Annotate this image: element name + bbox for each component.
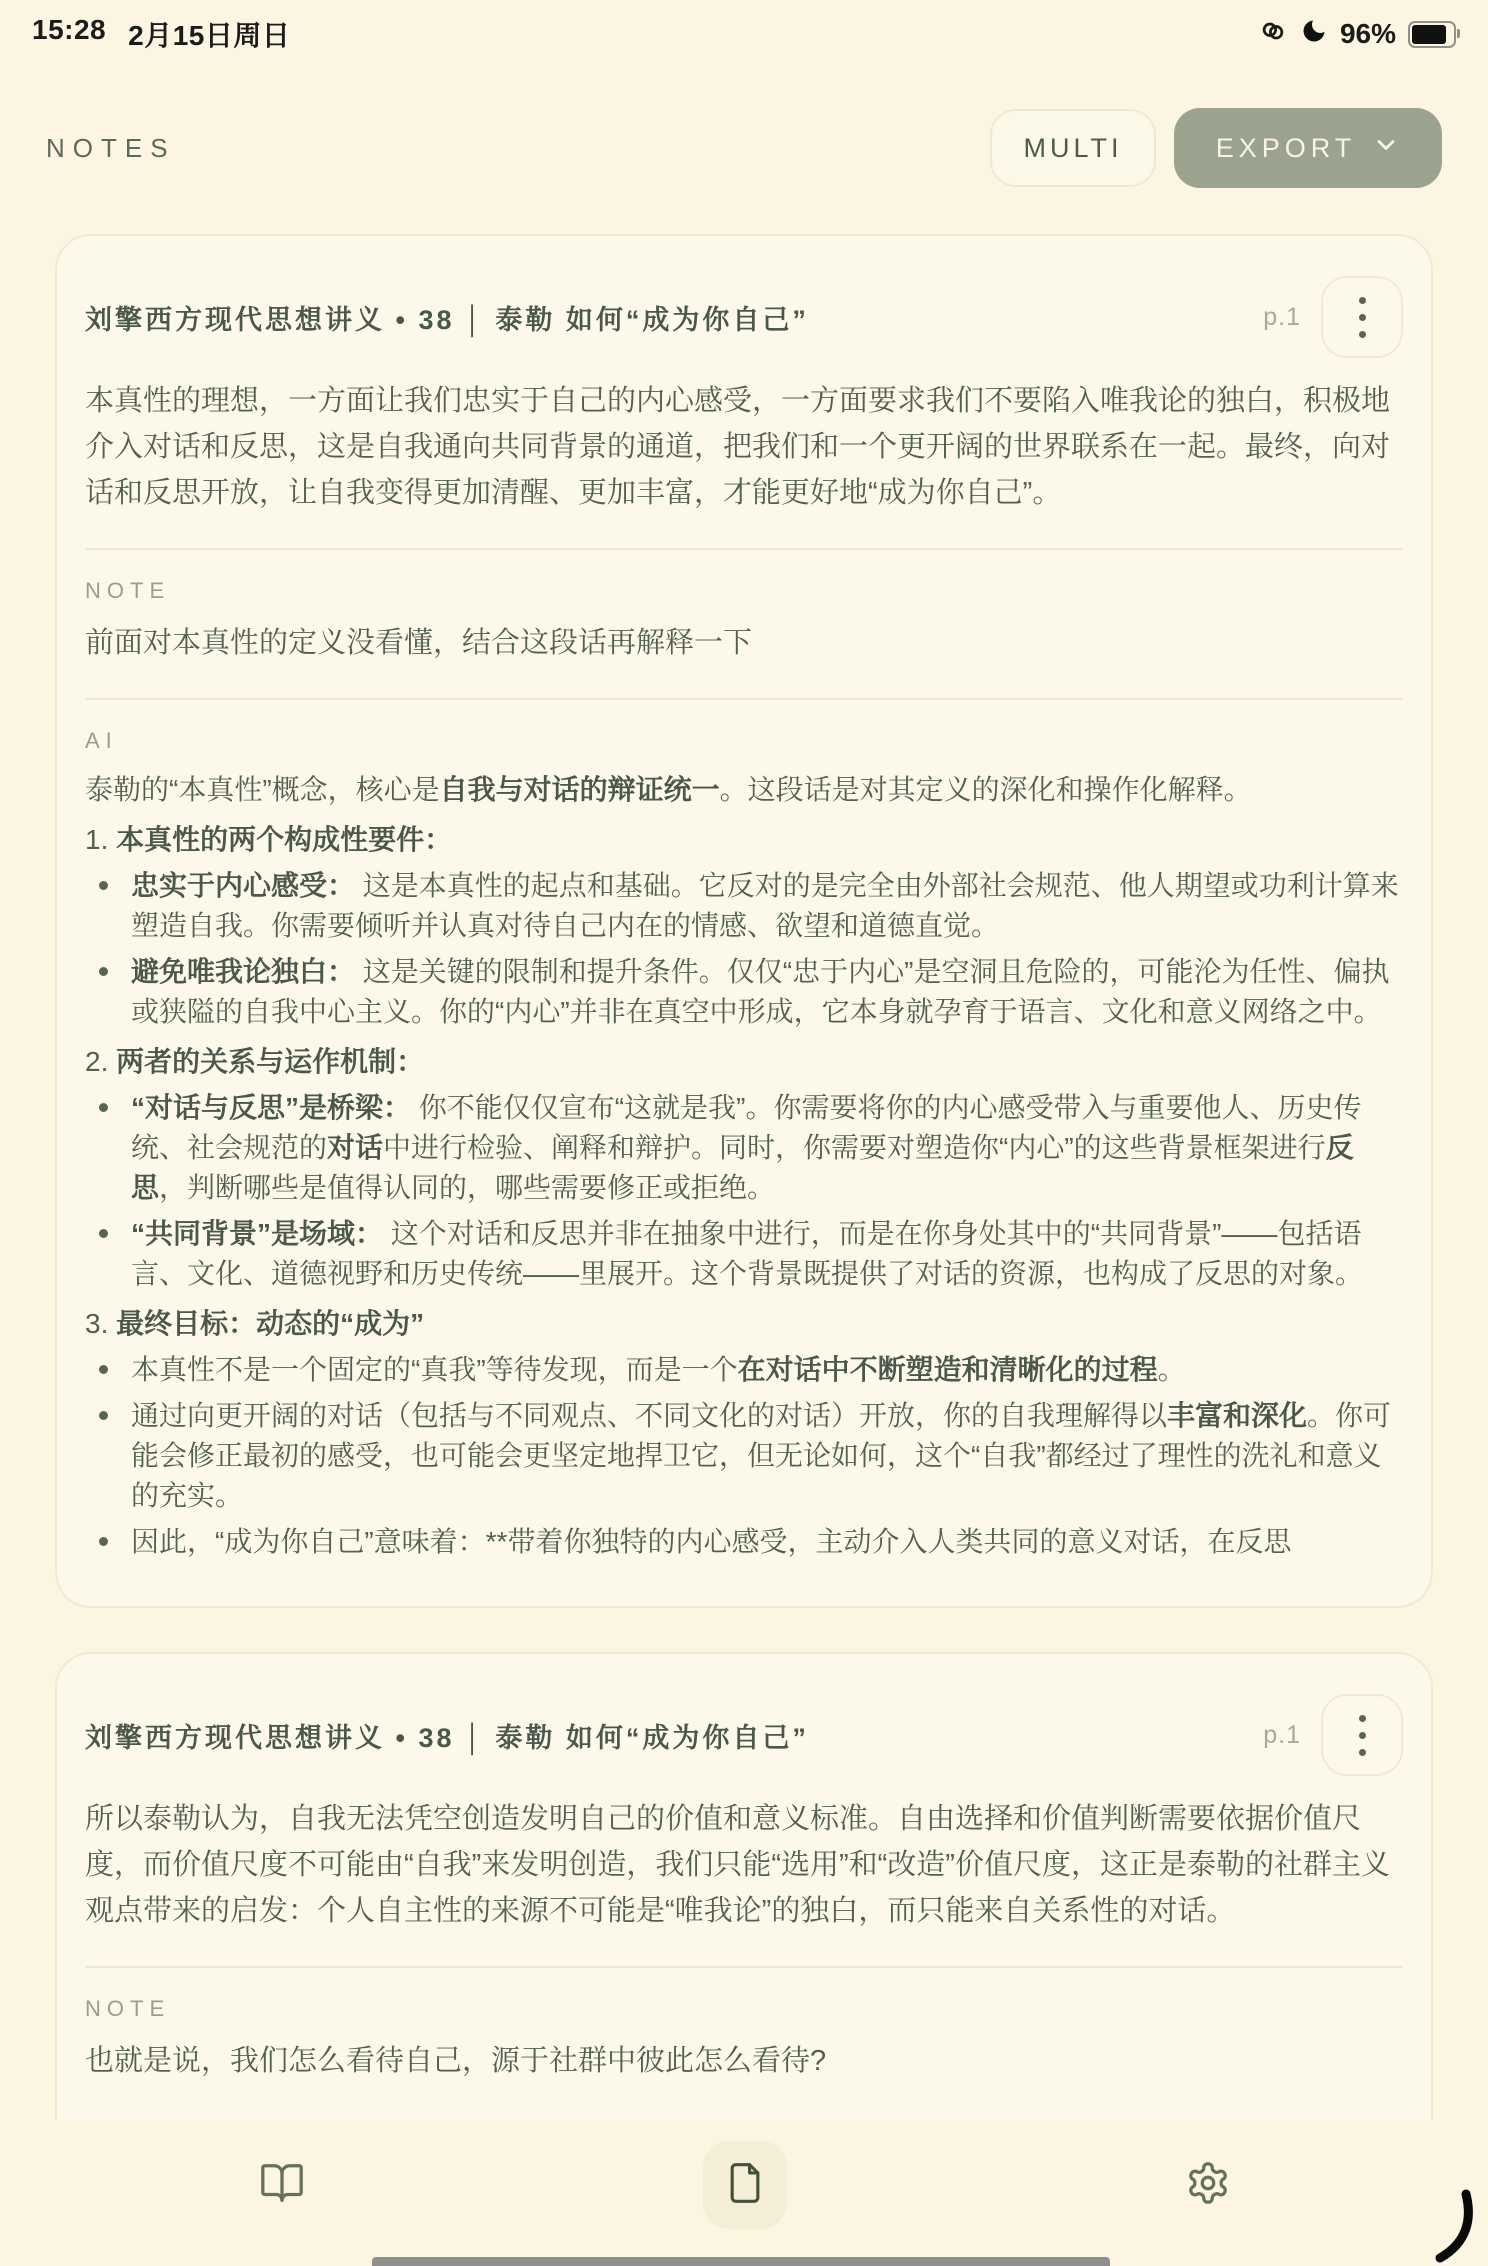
ai-text-segment: 3. <box>85 1308 116 1339</box>
note-label: NOTE <box>85 1996 1403 2022</box>
status-date: 2月15日周日 <box>128 14 290 54</box>
ai-text-segment: 避免唯我论独白： <box>131 956 355 987</box>
export-button[interactable]: EXPORT <box>1174 108 1442 188</box>
excerpt-text: 所以泰勒认为，自我无法凭空创造发明自己的价值和意义标准。自由选择和价值判断需要依… <box>85 1796 1403 1934</box>
book-open-icon <box>259 2160 305 2211</box>
card-menu-button[interactable] <box>1321 1694 1403 1776</box>
bullet-dot <box>99 1537 108 1546</box>
ai-block-bullet: “对话与反思”是桥梁： 你不能仅仅宣布“这就是我”。你需要将你的内心感受带入与重… <box>85 1088 1403 1208</box>
ai-block-p: 泰勒的“本真性”概念，核心是自我与对话的辩证统一。这段话是对其定义的深化和操作化… <box>85 770 1403 810</box>
multi-button[interactable]: MULTI <box>990 109 1156 187</box>
ai-label: AI <box>85 728 1403 754</box>
bottom-toolbar <box>0 2120 1488 2266</box>
ai-blocks: 泰勒的“本真性”概念，核心是自我与对话的辩证统一。这段话是对其定义的深化和操作化… <box>85 770 1403 1562</box>
bullet-dot <box>99 1229 108 1238</box>
ai-block-bullet: 避免唯我论独白： 这是关键的限制和提升条件。仅仅“忠于内心”是空洞且危险的，可能… <box>85 952 1403 1032</box>
header: NOTES MULTI EXPORT <box>0 106 1488 190</box>
ai-block-num: 2. 两者的关系与运作机制： <box>85 1042 1403 1082</box>
ai-text-segment: 通过向更开阔的对话（包括与不同观点、不同文化的对话）开放，你的自我理解得以 <box>131 1400 1167 1431</box>
card-source-title: 刘擎西方现代思想讲义 • 38 │ 泰勒 如何“成为你自己” <box>85 276 1263 337</box>
status-bar: 15:28 2月15日周日 96% <box>0 0 1488 62</box>
ai-block-bullet: 因此，“成为你自己”意味着：**带着你独特的内心感受，主动介入人类共同的意义对话… <box>85 1522 1403 1562</box>
export-button-label: EXPORT <box>1216 133 1357 164</box>
ai-text-segment: 对话 <box>327 1132 383 1163</box>
ai-text-segment: 。这段话是对其定义的深化和操作化解释。 <box>720 774 1252 805</box>
hotspot-icon <box>1258 16 1288 53</box>
ai-text-segment: 在对话中不断塑造和清晰化的过程 <box>738 1354 1158 1385</box>
chevron-down-icon <box>1372 131 1400 166</box>
excerpt-text: 本真性的理想，一方面让我们忠实于自己的内心感受，一方面要求我们不要陷入唯我论的独… <box>85 378 1403 516</box>
ai-text-segment: 忠实于内心感受： <box>131 870 355 901</box>
ai-text-segment: 。 <box>1158 1354 1186 1385</box>
ai-block-bullet: 通过向更开阔的对话（包括与不同观点、不同文化的对话）开放，你的自我理解得以丰富和… <box>85 1396 1403 1516</box>
ai-text-segment: 泰勒的“本真性”概念，核心是 <box>85 774 440 805</box>
multi-button-label: MULTI <box>1024 133 1123 164</box>
page-title: NOTES <box>46 133 176 164</box>
bullet-dot <box>99 967 108 976</box>
ai-block-bullet: “共同背景”是场域： 这个对话和反思并非在抽象中进行，而是在你身处其中的“共同背… <box>85 1214 1403 1294</box>
note-card-1: 刘擎西方现代思想讲义 • 38 │ 泰勒 如何“成为你自己” p.1 本真性的理… <box>55 234 1433 1608</box>
ai-text-segment: 本真性的两个构成性要件： <box>116 824 452 855</box>
ai-text-segment: 最终目标：动态的“成为” <box>116 1308 424 1339</box>
divider <box>85 698 1403 700</box>
note-text: 也就是说，我们怎么看待自己，源于社群中彼此怎么看待? <box>85 2038 1403 2084</box>
battery-icon <box>1408 21 1456 48</box>
bullet-dot <box>99 1411 108 1420</box>
settings-tab[interactable] <box>1166 2141 1250 2229</box>
battery-percent: 96% <box>1340 18 1396 50</box>
ai-text-segment: 因此，“成为你自己”意味着：**带着你独特的内心感受，主动介入人类共同的意义对话… <box>131 1526 1291 1557</box>
note-text: 前面对本真性的定义没看懂，结合这段话再解释一下 <box>85 620 1403 666</box>
ai-text-segment: “共同背景”是场域： <box>131 1218 383 1249</box>
bullet-dot <box>99 1103 108 1112</box>
ai-text-segment: 中进行检验、阐释和辩护。同时，你需要对塑造你“内心”的这些背景框架进行 <box>383 1132 1326 1163</box>
ai-text-segment: 丰富和深化 <box>1167 1400 1307 1431</box>
card-menu-button[interactable] <box>1321 276 1403 358</box>
ai-text-segment: 本真性不是一个固定的“真我”等待发现，而是一个 <box>131 1354 738 1385</box>
bullet-dot <box>99 881 108 890</box>
divider <box>85 548 1403 550</box>
status-time: 15:28 <box>32 14 106 54</box>
page-number: p.1 <box>1263 303 1301 332</box>
document-icon <box>723 2161 767 2210</box>
page-number: p.1 <box>1263 1721 1301 1750</box>
ai-text-segment: 自我与对话的辩证统一 <box>440 774 720 805</box>
ai-text-segment: ，判断哪些是值得认同的，哪些需要修正或拒绝。 <box>159 1172 775 1203</box>
ai-text-segment: 两者的关系与运作机制： <box>116 1046 424 1077</box>
note-label: NOTE <box>85 578 1403 604</box>
notes-tab[interactable] <box>703 2141 787 2229</box>
library-tab[interactable] <box>240 2141 324 2229</box>
focus-moon-icon <box>1300 17 1328 52</box>
ai-block-bullet: 忠实于内心感受： 这是本真性的起点和基础。它反对的是完全由外部社会规范、他人期望… <box>85 866 1403 946</box>
home-indicator-strip[interactable] <box>372 2257 1110 2266</box>
ai-text-segment: 1. <box>85 824 116 855</box>
ai-block-num: 3. 最终目标：动态的“成为” <box>85 1304 1403 1344</box>
card-source-title: 刘擎西方现代思想讲义 • 38 │ 泰勒 如何“成为你自己” <box>85 1694 1263 1755</box>
pen-stroke-mark <box>1410 2186 1480 2266</box>
divider <box>85 1966 1403 1968</box>
gear-icon <box>1185 2160 1231 2211</box>
ai-text-segment: “对话与反思”是桥梁： <box>131 1092 411 1123</box>
ai-text-segment: 2. <box>85 1046 116 1077</box>
bullet-dot <box>99 1365 108 1374</box>
ai-block-num: 1. 本真性的两个构成性要件： <box>85 820 1403 860</box>
ai-block-bullet: 本真性不是一个固定的“真我”等待发现，而是一个在对话中不断塑造和清晰化的过程。 <box>85 1350 1403 1390</box>
